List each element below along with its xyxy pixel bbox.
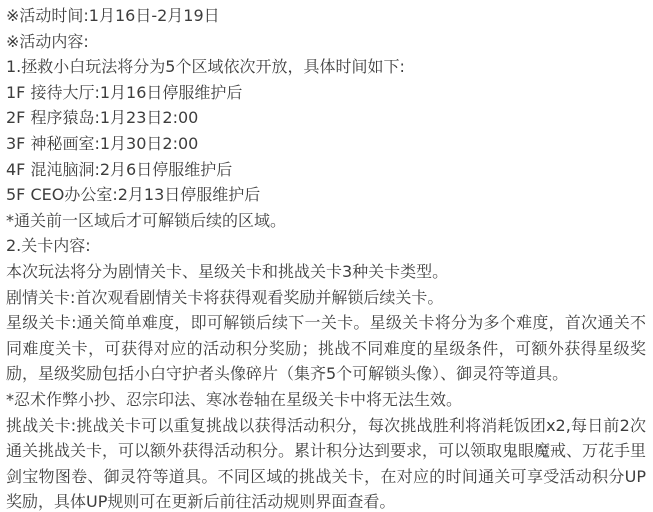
activity-content-heading: ※活动内容: [6,29,646,55]
level-content-heading: 2.关卡内容: [6,233,646,259]
unlock-note-line: *通关前一区域后才可解锁后续的区域。 [6,208,646,234]
announcement-page: { "document": { "language": "zh-CN", "ba… [0,0,653,512]
floor-1f-line: 1F 接待大厅:1月16日停服维护后 [6,80,646,106]
star-level-paragraph: 星级关卡:通关简单难度，即可解锁后续下一关卡。星级关卡将分为多个难度，首次通关不… [6,310,646,387]
floor-2f-line: 2F 程序猿岛:1月23日2:00 [6,105,646,131]
floor-4f-line: 4F 混沌脑洞:2月6日停服维护后 [6,157,646,183]
activity-time-line: ※活动时间:1月16日-2月19日 [6,3,646,29]
announcement-document: ※活动时间:1月16日-2月19日 ※活动内容: 1.拯救小白玩法将分为5个区域… [0,0,653,512]
challenge-level-paragraph: 挑战关卡:挑战关卡可以重复挑战以获得活动积分，每次挑战胜利将消耗饭团x2,每日前… [6,413,646,512]
star-level-note-line: *忍术作弊小抄、忍宗印法、寒冰卷轴在星级关卡中将无法生效。 [6,387,646,413]
floor-5f-line: 5F CEO办公室:2月13日停服维护后 [6,182,646,208]
floor-3f-line: 3F 神秘画室:1月30日2:00 [6,131,646,157]
region-schedule-intro-line: 1.拯救小白玩法将分为5个区域依次开放，具体时间如下: [6,54,646,80]
story-level-line: 剧情关卡:首次观看剧情关卡将获得观看奖励并解锁后续关卡。 [6,285,646,311]
level-types-line: 本次玩法将分为剧情关卡、星级关卡和挑战关卡3种关卡类型。 [6,259,646,285]
